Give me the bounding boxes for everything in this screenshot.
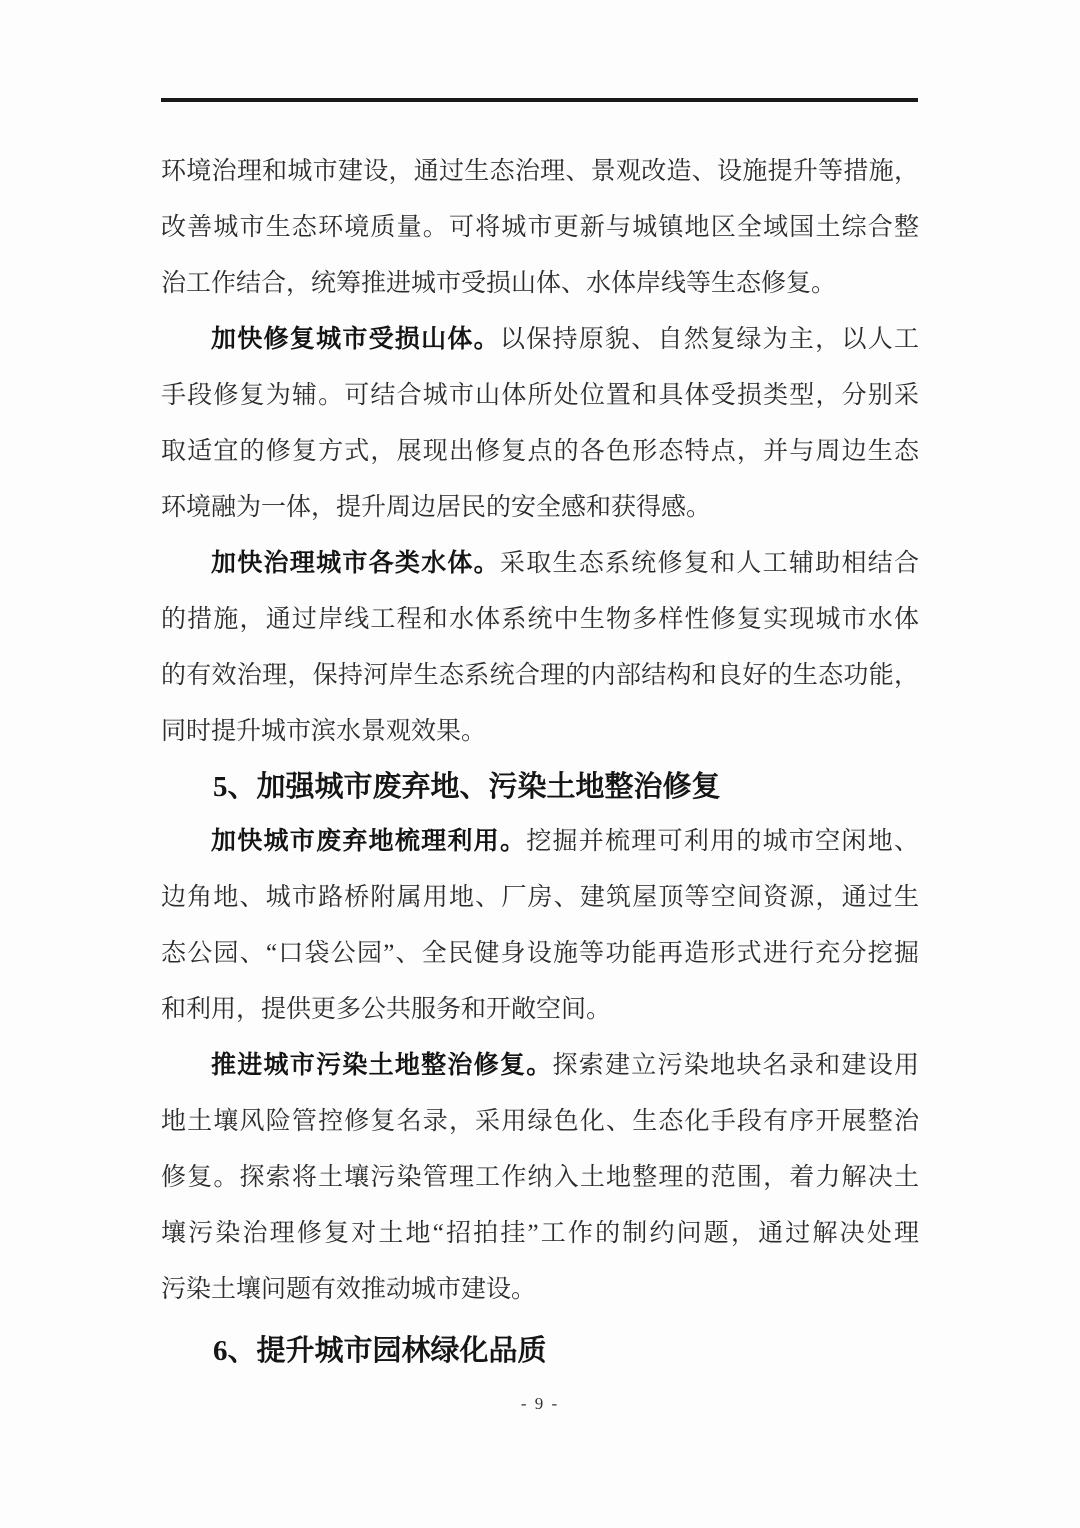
line-text: 同时提升城市滨水景观效果。: [161, 718, 486, 745]
paragraph-lead: 加快修复城市受损山体。: [211, 326, 500, 353]
line-text: 取适宜的修复方式，展现出修复点的各色形态特点，并与周边生态: [161, 438, 919, 465]
text-line: 地土壤风险管控修复名录，采用绿色化、生态化手段有序开展整治: [161, 1094, 919, 1150]
paragraph: 加快修复城市受损山体。以保持原貌、自然复绿为主，以人工 手段修复为辅。可结合城市…: [161, 312, 919, 536]
line-text: 地土壤风险管控修复名录，采用绿色化、生态化手段有序开展整治: [161, 1108, 919, 1135]
text-line: 加快城市废弃地梳理利用。挖掘并梳理可利用的城市空闲地、: [161, 814, 919, 870]
text-line: 环境治理和城市建设，通过生态治理、景观改造、设施提升等措施，: [161, 144, 919, 200]
line-text: 修复。探索将土壤污染管理工作纳入土地整理的范围，着力解决土: [161, 1164, 919, 1191]
text-line: 边角地、城市路桥附属用地、厂房、建筑屋顶等空间资源，通过生: [161, 870, 919, 926]
line-text: 改善城市生态环境质量。可将城市更新与城镇地区全域国土综合整: [161, 214, 919, 241]
line-text: 以保持原貌、自然复绿为主，以人工: [500, 326, 919, 353]
document-body: 环境治理和城市建设，通过生态治理、景观改造、设施提升等措施， 改善城市生态环境质…: [161, 144, 919, 1378]
text-line: 修复。探索将土壤污染管理工作纳入土地整理的范围，着力解决土: [161, 1150, 919, 1206]
section-heading: 6、提升城市园林绿化品质: [161, 1324, 919, 1378]
text-line: 和利用，提供更多公共服务和开敞空间。: [161, 982, 919, 1038]
paragraph-lead: 加快治理城市各类水体。: [211, 550, 500, 577]
line-text: 探索建立污染地块名录和建设用: [553, 1052, 920, 1079]
paragraph: 推进城市污染土地整治修复。探索建立污染地块名录和建设用 地土壤风险管控修复名录，…: [161, 1038, 919, 1318]
paragraph: 加快城市废弃地梳理利用。挖掘并梳理可利用的城市空闲地、 边角地、城市路桥附属用地…: [161, 814, 919, 1038]
line-text: 治工作结合，统筹推进城市受损山体、水体岸线等生态修复。: [161, 270, 836, 297]
paragraph-lead: 加快城市废弃地梳理利用。: [211, 828, 526, 855]
text-line: 推进城市污染土地整治修复。探索建立污染地块名录和建设用: [161, 1038, 919, 1094]
line-text: 环境融为一体，提升周边居民的安全感和获得感。: [161, 494, 711, 521]
text-line: 加快修复城市受损山体。以保持原貌、自然复绿为主，以人工: [161, 312, 919, 368]
text-line: 取适宜的修复方式，展现出修复点的各色形态特点，并与周边生态: [161, 424, 919, 480]
paragraph-lead: 推进城市污染土地整治修复。: [211, 1052, 553, 1079]
text-line: 同时提升城市滨水景观效果。: [161, 704, 919, 760]
line-text: 手段修复为辅。可结合城市山体所处位置和具体受损类型，分别采: [161, 382, 919, 409]
text-line: 污染土壤问题有效推动城市建设。: [161, 1262, 919, 1318]
line-text: 壤污染治理修复对土地“招拍挂”工作的制约问题，通过解决处理: [161, 1220, 919, 1247]
text-line: 加快治理城市各类水体。采取生态系统修复和人工辅助相结合: [161, 536, 919, 592]
text-line: 的有效治理，保持河岸生态系统合理的内部结构和良好的生态功能，: [161, 648, 919, 704]
paragraph: 加快治理城市各类水体。采取生态系统修复和人工辅助相结合 的措施，通过岸线工程和水…: [161, 536, 919, 760]
line-text: 态公园、“口袋公园”、全民健身设施等功能再造形式进行充分挖掘: [161, 940, 919, 967]
line-text: 环境治理和城市建设，通过生态治理、景观改造、设施提升等措施，: [161, 158, 919, 185]
text-line: 环境融为一体，提升周边居民的安全感和获得感。: [161, 480, 919, 536]
header-rule: [161, 98, 918, 102]
line-text: 污染土壤问题有效推动城市建设。: [161, 1276, 536, 1303]
page-number: - 9 -: [0, 1394, 1080, 1414]
text-line: 手段修复为辅。可结合城市山体所处位置和具体受损类型，分别采: [161, 368, 919, 424]
text-line: 的措施，通过岸线工程和水体系统中生物多样性修复实现城市水体: [161, 592, 919, 648]
line-text: 和利用，提供更多公共服务和开敞空间。: [161, 996, 611, 1023]
line-text: 的有效治理，保持河岸生态系统合理的内部结构和良好的生态功能，: [161, 662, 919, 689]
document-page: 环境治理和城市建设，通过生态治理、景观改造、设施提升等措施， 改善城市生态环境质…: [0, 0, 1080, 1528]
line-text: 挖掘并梳理可利用的城市空闲地、: [526, 828, 919, 855]
text-line: 治工作结合，统筹推进城市受损山体、水体岸线等生态修复。: [161, 256, 919, 312]
line-text: 边角地、城市路桥附属用地、厂房、建筑屋顶等空间资源，通过生: [161, 884, 919, 911]
section-heading: 5、加强城市废弃地、污染土地整治修复: [161, 760, 919, 814]
line-text: 的措施，通过岸线工程和水体系统中生物多样性修复实现城市水体: [161, 606, 919, 633]
paragraph: 环境治理和城市建设，通过生态治理、景观改造、设施提升等措施， 改善城市生态环境质…: [161, 144, 919, 312]
line-text: 采取生态系统修复和人工辅助相结合: [500, 550, 919, 577]
text-line: 改善城市生态环境质量。可将城市更新与城镇地区全域国土综合整: [161, 200, 919, 256]
text-line: 态公园、“口袋公园”、全民健身设施等功能再造形式进行充分挖掘: [161, 926, 919, 982]
text-line: 壤污染治理修复对土地“招拍挂”工作的制约问题，通过解决处理: [161, 1206, 919, 1262]
